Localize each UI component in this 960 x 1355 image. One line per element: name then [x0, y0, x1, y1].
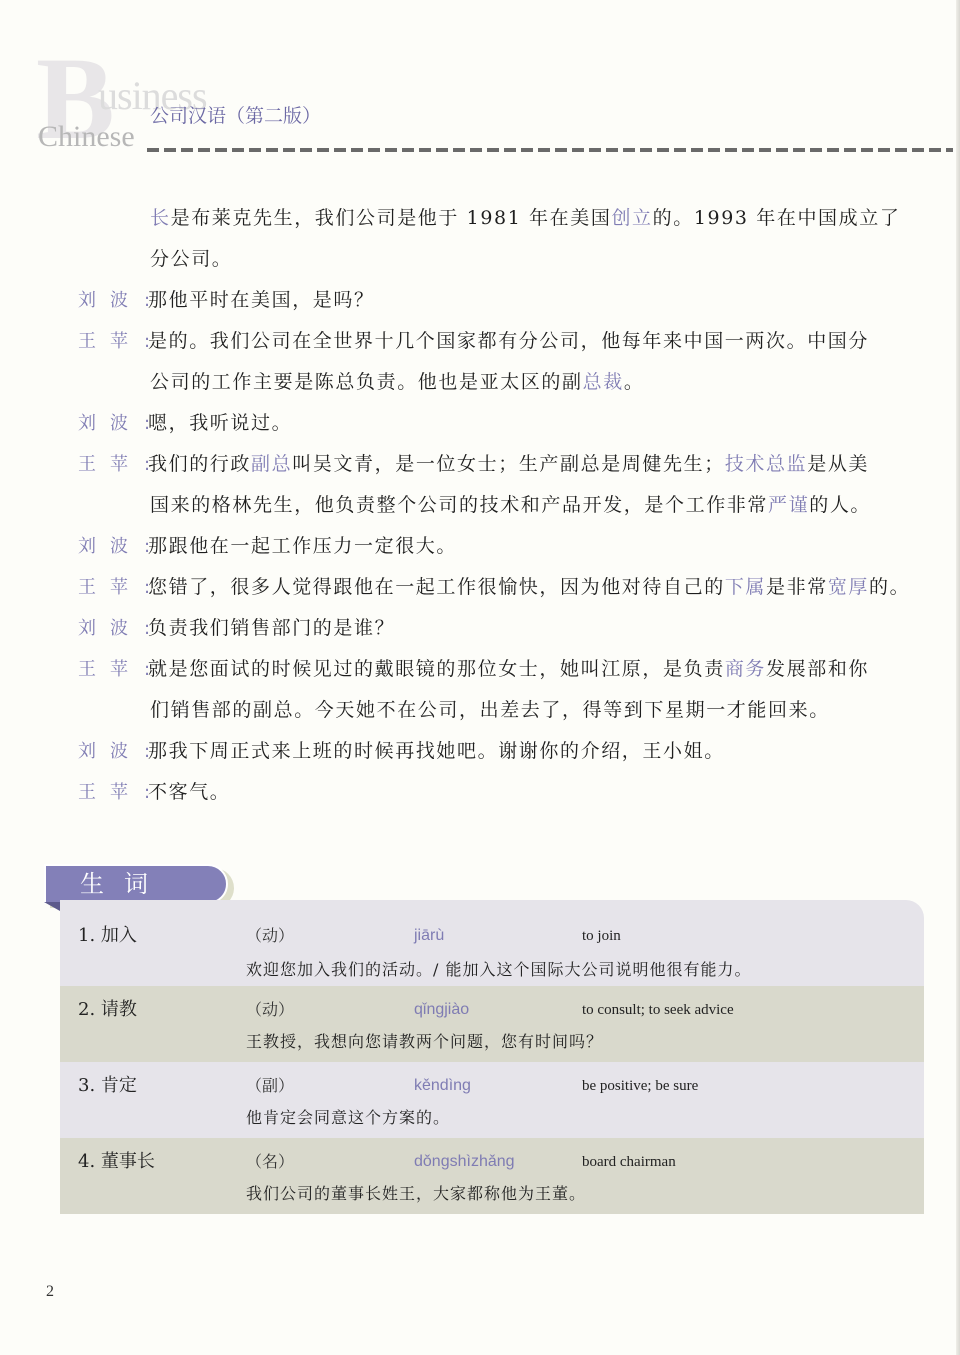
vocab-item: 1. 加入 （动） jiārù to join 欢迎您加入我们的活动。/ 能加入… [60, 900, 924, 986]
vocab-keyword: 严谨 [768, 494, 809, 516]
dialogue-line: 刘波:嗯，我听说过。 [78, 403, 908, 444]
speaker-name: 王苹: [78, 567, 148, 608]
dialogue-text-content: 嗯，我听说过。 [148, 412, 292, 434]
speaker-name: 王苹: [78, 772, 148, 813]
vocabulary-list: 1. 加入 （动） jiārù to join 欢迎您加入我们的活动。/ 能加入… [60, 900, 924, 1216]
dialogue-continuation: 公司的工作主要是陈总负责。他也是亚太区的副总裁。 [150, 362, 644, 403]
dialogue-text-content: 就是您面试的时候见过的戴眼镜的那位女士，她叫江原，是负责商务发展部和你 [148, 658, 869, 680]
dialogue-line: 刘波:负责我们销售部门的是谁？ [78, 608, 908, 649]
vocab-part-of-speech: （名） [246, 1150, 294, 1174]
text-segment: 分公司。 [150, 248, 232, 270]
text-segment: 的。1993 年在中国成立了 [653, 207, 901, 229]
vocab-word: 3. 肯定 [78, 1074, 137, 1098]
dashed-rule [147, 148, 953, 152]
text-segment: 是的。我们公司在全世界十几个国家都有分公司，他每年来中国一两次。中国分 [148, 330, 869, 352]
book-title: 公司汉语（第二版） [150, 104, 321, 128]
text-segment: 的。 [869, 576, 910, 598]
dialogue-line: 王苹:是的。我们公司在全世界十几个国家都有分公司，他每年来中国一两次。中国分 [78, 321, 908, 362]
dialogue-text-content: 国来的格林先生，他负责整个公司的技术和产品开发，是个工作非常严谨的人。 [150, 494, 871, 516]
speaker-name: 刘波: [78, 608, 148, 649]
vocab-english: board chairman [582, 1150, 676, 1174]
dialogue-text-content: 那他平时在美国，是吗？ [148, 289, 375, 311]
dialogue-continuation: 长是布莱克先生，我们公司是他于 1981 年在美国创立的。1993 年在中国成立… [150, 198, 900, 239]
vocab-section-tab: 生词 [44, 864, 228, 904]
vocab-pinyin: qǐngjiào [414, 998, 469, 1022]
text-segment: 嗯，我听说过。 [148, 412, 292, 434]
text-segment: 那跟他在一起工作压力一定很大。 [148, 535, 457, 557]
vocab-word: 4. 董事长 [78, 1150, 155, 1174]
text-segment: 发展部和你 [766, 658, 869, 680]
dialogue-line: 刘波:那跟他在一起工作压力一定很大。 [78, 526, 908, 567]
text-segment: 负责我们销售部门的是谁？ [148, 617, 395, 639]
vocab-keyword: 总裁 [583, 371, 624, 393]
vocab-part-of-speech: （动） [246, 924, 294, 948]
dialogue-continuation: 国来的格林先生，他负责整个公司的技术和产品开发，是个工作非常严谨的人。 [150, 485, 871, 526]
dialogue-text-content: 长是布莱克先生，我们公司是他于 1981 年在美国创立的。1993 年在中国成立… [150, 207, 900, 229]
speaker-name: 王苹: [78, 321, 148, 362]
vocab-example: 我们公司的董事长姓王，大家都称他为王董。 [246, 1182, 586, 1206]
vocab-part-of-speech: （副） [246, 1074, 294, 1098]
text-segment: 们销售部的副总。今天她不在公司，出差去了，得等到下星期一才能回来。 [150, 699, 830, 721]
dialogue-line: 刘波:那他平时在美国，是吗？ [78, 280, 908, 321]
vocab-keyword: 下属 [725, 576, 766, 598]
dialogue-continuation: 们销售部的副总。今天她不在公司，出差去了，得等到下星期一才能回来。 [150, 690, 830, 731]
speaker-name: 王苹: [78, 444, 148, 485]
dialogue-line: 王苹:就是您面试的时候见过的戴眼镜的那位女士，她叫江原，是负责商务发展部和你 [78, 649, 908, 690]
dialogue-line: 王苹:您错了，很多人觉得跟他在一起工作很愉快，因为他对待自己的下属是非常宽厚的。 [78, 567, 908, 608]
dialogue-line: 王苹:不客气。 [78, 772, 908, 813]
vocab-keyword: 技术总监 [725, 453, 807, 475]
vocab-section-title: 生词 [80, 868, 168, 900]
logo-word-chinese: Chinese [38, 122, 135, 152]
vocab-keyword: 商务 [725, 658, 766, 680]
vocab-keyword: 副总 [251, 453, 292, 475]
text-segment: 就是您面试的时候见过的戴眼镜的那位女士，她叫江原，是负责 [148, 658, 725, 680]
dialogue-text-content: 公司的工作主要是陈总负责。他也是亚太区的副总裁。 [150, 371, 644, 393]
text-segment: 。 [624, 371, 645, 393]
text-segment: 是从美 [807, 453, 869, 475]
vocab-item: 4. 董事长 （名） dǒngshìzhǎng board chairman 我… [60, 1138, 924, 1214]
speaker-name: 刘波: [78, 280, 148, 321]
text-segment: 的人。 [809, 494, 871, 516]
vocab-item: 3. 肯定 （副） kěndìng be positive; be sure 他… [60, 1062, 924, 1138]
vocab-pinyin: jiārù [414, 924, 444, 948]
vocab-pinyin: dǒngshìzhǎng [414, 1150, 515, 1174]
running-header: B usiness Chinese 公司汉语（第二版） [0, 40, 960, 170]
dialogue-text-content: 负责我们销售部门的是谁？ [148, 617, 395, 639]
dialogue-line: 王苹:我们的行政副总叫吴文青，是一位女士；生产副总是周健先生；技术总监是从美 [78, 444, 908, 485]
speaker-name: 刘波: [78, 403, 148, 444]
speaker-name: 刘波: [78, 731, 148, 772]
vocab-english: to consult; to seek advice [582, 998, 734, 1022]
text-segment: 不客气。 [148, 781, 230, 803]
vocab-part-of-speech: （动） [246, 998, 294, 1022]
text-segment: 那我下周正式来上班的时候再找她吧。谢谢你的介绍，王小姐。 [148, 740, 725, 762]
dialogue-text-content: 那我下周正式来上班的时候再找她吧。谢谢你的介绍，王小姐。 [148, 740, 725, 762]
speaker-name: 刘波: [78, 526, 148, 567]
text-segment: 国来的格林先生，他负责整个公司的技术和产品开发，是个工作非常 [150, 494, 768, 516]
dialogue-text-content: 是的。我们公司在全世界十几个国家都有分公司，他每年来中国一两次。中国分 [148, 330, 869, 352]
page-number: 2 [46, 1282, 54, 1302]
dialogue-line: 刘波:那我下周正式来上班的时候再找她吧。谢谢你的介绍，王小姐。 [78, 731, 908, 772]
vocab-keyword: 创立 [611, 207, 652, 229]
dialogue-text-content: 不客气。 [148, 781, 230, 803]
vocab-word: 2. 请教 [78, 998, 137, 1022]
vocab-word: 1. 加入 [78, 924, 137, 948]
dialogue-text-content: 我们的行政副总叫吴文青，是一位女士；生产副总是周健先生；技术总监是从美 [148, 453, 869, 475]
vocab-pinyin: kěndìng [414, 1074, 471, 1098]
vocab-keyword: 长 [150, 207, 171, 229]
vocab-item: 2. 请教 （动） qǐngjiào to consult; to seek a… [60, 986, 924, 1062]
dialogue-continuation: 分公司。 [150, 239, 232, 280]
dialogue-text-content: 那跟他在一起工作压力一定很大。 [148, 535, 457, 557]
vocab-example: 欢迎您加入我们的活动。/ 能加入这个国际大公司说明他很有能力。 [246, 958, 751, 982]
text-segment: 叫吴文青，是一位女士；生产副总是周健先生； [292, 453, 725, 475]
dialogue-text-content: 们销售部的副总。今天她不在公司，出差去了，得等到下星期一才能回来。 [150, 699, 830, 721]
text-segment: 我们的行政 [148, 453, 251, 475]
vocab-keyword: 宽厚 [828, 576, 869, 598]
vocab-english: to join [582, 924, 621, 948]
text-segment: 您错了，很多人觉得跟他在一起工作很愉快，因为他对待自己的 [148, 576, 725, 598]
speaker-name: 王苹: [78, 649, 148, 690]
text-segment: 公司的工作主要是陈总负责。他也是亚太区的副 [150, 371, 583, 393]
tab-fold-shape [44, 902, 60, 911]
page-edge [956, 0, 960, 1355]
text-segment: 是布莱克先生，我们公司是他于 1981 年在美国 [171, 207, 612, 229]
dialogue-text-content: 您错了，很多人觉得跟他在一起工作很愉快，因为他对待自己的下属是非常宽厚的。 [148, 576, 910, 598]
vocab-example: 他肯定会同意这个方案的。 [246, 1106, 450, 1130]
vocab-english: be positive; be sure [582, 1074, 698, 1098]
text-segment: 是非常 [766, 576, 828, 598]
vocab-example: 王教授，我想向您请教两个问题，您有时间吗？ [246, 1030, 603, 1054]
dialogue-text-content: 分公司。 [150, 248, 232, 270]
text-segment: 那他平时在美国，是吗？ [148, 289, 375, 311]
